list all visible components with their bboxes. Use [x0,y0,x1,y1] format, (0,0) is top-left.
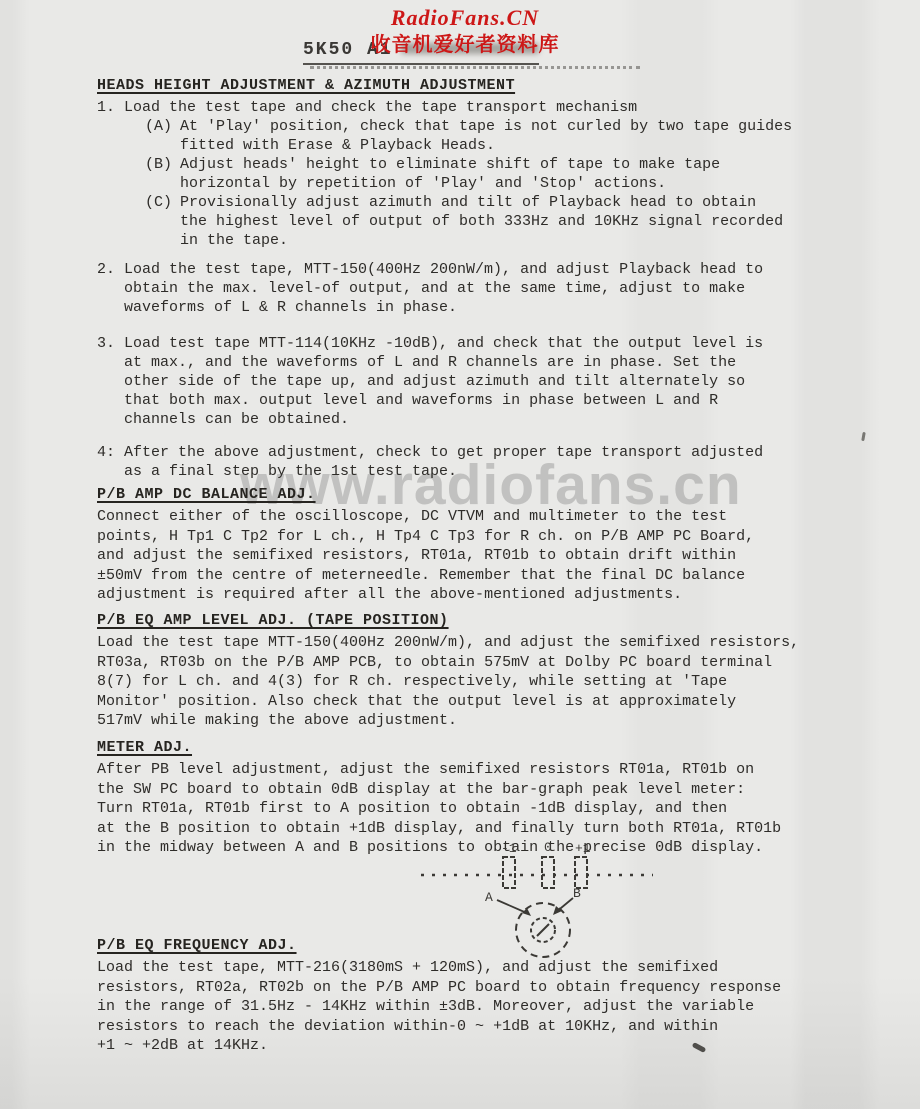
sub-list-item: (A) At 'Play' position, check that tape … [145,117,897,155]
scanned-manual-page: RadioFans.CN 收音机爱好者资料库 5K50 A1 www.radio… [0,0,920,1109]
section-body-dc-balance: Connect either of the oscilloscope, DC V… [97,507,897,605]
sub-item-text: Provisionally adjust azimuth and tilt of… [180,193,897,250]
diagram-bar-plus1 [575,857,587,888]
radiofans-watermark-chinese: 收音机爱好者资料库 [300,32,630,56]
diagram-label-a: A [485,890,493,905]
title-underline-dashes [310,66,640,69]
list-item-marker: 2. [97,260,124,317]
list-item-text: Load test tape MTT-114(10KHz -10dB), and… [124,334,897,429]
sub-item-text: Adjust heads' height to eliminate shift … [180,155,897,193]
meter-adjust-diagram: -1 0 +1 A B [413,838,688,963]
list-item-marker: 1. [97,98,124,117]
section-heads-height: HEADS HEIGHT ADJUSTMENT & AZIMUTH ADJUST… [97,76,897,481]
section-body-eq-level: Load the test tape MTT-150(400Hz 200nW/m… [97,633,897,731]
list-item-marker: 4: [97,443,124,481]
section-heading-heads-height: HEADS HEIGHT ADJUSTMENT & AZIMUTH ADJUST… [97,76,897,96]
diagram-label-plus1: +1 [575,841,591,856]
sub-list: (A) At 'Play' position, check that tape … [145,117,897,250]
sub-item-marker: (B) [145,155,180,193]
diagram-label-zero: 0 [544,840,552,855]
radiofans-watermark-url: RadioFans.CN [300,6,630,30]
sub-item-marker: (A) [145,117,180,155]
radiofans-watermark: RadioFans.CN 收音机爱好者资料库 [300,6,630,56]
list-item-text: After the above adjustment, check to get… [124,443,897,481]
section-heading-dc-balance: P/B AMP DC BALANCE ADJ. [97,485,897,505]
list-item-text: Load the test tape and check the tape tr… [124,98,897,117]
sub-list-item: (B) Adjust heads' height to eliminate sh… [145,155,897,193]
list-item: 4: After the above adjustment, check to … [97,443,897,481]
list-item: 3. Load test tape MTT-114(10KHz -10dB), … [97,334,897,429]
section-heading-meter: METER ADJ. [97,738,897,758]
diagram-label-b: B [573,886,581,901]
diagram-bar-minus1 [503,857,515,888]
sub-list-item: (C) Provisionally adjust azimuth and til… [145,193,897,250]
sub-item-marker: (C) [145,193,180,250]
list-item: 2. Load the test tape, MTT-150(400Hz 200… [97,260,897,317]
list-item-marker: 3. [97,334,124,429]
section-eq-level: P/B EQ AMP LEVEL ADJ. (TAPE POSITION) Lo… [97,611,897,731]
list-item-text: Load the test tape, MTT-150(400Hz 200nW/… [124,260,897,317]
section-body-frequency: Load the test tape, MTT-216(3180mS + 120… [97,958,897,1056]
section-heading-eq-level: P/B EQ AMP LEVEL ADJ. (TAPE POSITION) [97,611,897,631]
diagram-label-minus1: -1 [501,841,517,856]
diagram-bar-zero [542,857,554,888]
list-item: 1. Load the test tape and check the tape… [97,98,897,117]
diagram-knob-slot [537,924,549,936]
sub-item-text: At 'Play' position, check that tape is n… [180,117,897,155]
section-dc-balance: P/B AMP DC BALANCE ADJ. Connect either o… [97,485,897,605]
